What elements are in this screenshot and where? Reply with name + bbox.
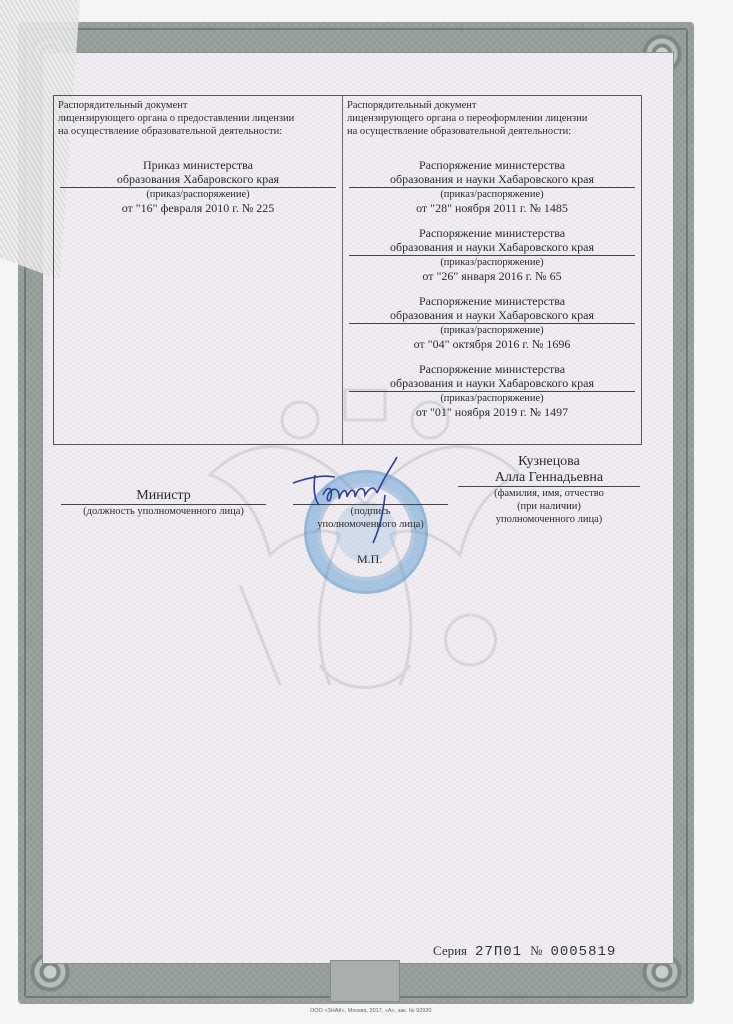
underline xyxy=(349,255,635,256)
issuer-line: образования Хабаровского края xyxy=(54,172,342,186)
order-entry: Приказ министерства образования Хабаровс… xyxy=(54,158,342,215)
bottom-plate-ornament xyxy=(330,960,400,1002)
orders-table: Распорядительный документ лицензирующего… xyxy=(53,95,642,445)
order-date: от "01" ноября 2019 г. № 1497 xyxy=(343,405,641,419)
issuer-line: образования и науки Хабаровского края xyxy=(343,376,641,390)
order-date: от "26" января 2016 г. № 65 xyxy=(343,269,641,283)
issuer-line: образования и науки Хабаровского края xyxy=(343,308,641,322)
order-date: от "16" февраля 2010 г. № 225 xyxy=(54,201,342,215)
issuer-line: Распоряжение министерства xyxy=(343,226,641,240)
order-date: от "04" октября 2016 г. № 1696 xyxy=(343,337,641,351)
heading-line: Распорядительный документ xyxy=(347,99,641,112)
issuance-column: Распорядительный документ лицензирующего… xyxy=(54,96,343,444)
order-entry: Распоряжение министерства образования и … xyxy=(343,158,641,215)
underline xyxy=(349,391,635,392)
handwritten-signature xyxy=(285,455,415,545)
issuer-line: Распоряжение министерства xyxy=(343,362,641,376)
position-caption: (должность уполномоченного лица) xyxy=(61,506,266,518)
underline xyxy=(349,323,635,324)
name-caption: (фамилия, имя, отчество xyxy=(458,488,640,500)
series-label: Серия xyxy=(433,943,467,959)
issuer-line: Распоряжение министерства xyxy=(343,158,641,172)
surname: Кузнецова xyxy=(458,454,640,470)
order-kind-caption: (приказ/распоряжение) xyxy=(343,257,641,269)
issuer-line: Распоряжение министерства xyxy=(343,294,641,308)
printer-imprint: ООО «ЗНАК», Москва, 2017, «А», зак. № 92… xyxy=(310,1008,431,1014)
order-kind-caption: (приказ/распоряжение) xyxy=(343,325,641,337)
order-entry: Распоряжение министерства образования и … xyxy=(343,226,641,283)
underline xyxy=(60,187,336,188)
name-caption: уполномоченного лица) xyxy=(458,514,640,526)
order-date: от "28" ноября 2011 г. № 1485 xyxy=(343,201,641,215)
position-value: Министр xyxy=(61,488,266,504)
order-entry: Распоряжение министерства образования и … xyxy=(343,294,641,351)
underline xyxy=(458,486,640,487)
given-names: Алла Геннадьевна xyxy=(458,470,640,486)
name-caption: (при наличии) xyxy=(458,501,640,513)
issuance-column-heading: Распорядительный документ лицензирующего… xyxy=(54,96,342,138)
number-sign: № xyxy=(530,943,542,959)
series-code: 27П01 xyxy=(475,944,522,960)
issuer-line: образования и науки Хабаровского края xyxy=(343,240,641,254)
reissuance-column: Распорядительный документ лицензирующего… xyxy=(343,96,641,444)
blank-number: 0005819 xyxy=(550,944,616,960)
order-kind-caption: (приказ/распоряжение) xyxy=(343,393,641,405)
issuer-line: Приказ министерства xyxy=(54,158,342,172)
issuer-line: образования и науки Хабаровского края xyxy=(343,172,641,186)
underline xyxy=(61,504,266,505)
name-block: Кузнецова Алла Геннадьевна (фамилия, имя… xyxy=(458,454,640,526)
reissuance-column-heading: Распорядительный документ лицензирующего… xyxy=(343,96,641,138)
order-entry: Распоряжение министерства образования и … xyxy=(343,362,641,419)
heading-line: на осуществление образовательной деятель… xyxy=(58,125,342,138)
seal-label: М.П. xyxy=(357,552,382,567)
heading-line: на осуществление образовательной деятель… xyxy=(347,125,641,138)
order-kind-caption: (приказ/распоряжение) xyxy=(343,189,641,201)
series-number: Серия 27П01 № 0005819 xyxy=(433,943,616,960)
heading-line: лицензирующего органа о переоформлении л… xyxy=(347,112,641,125)
heading-line: лицензирующего органа о предоставлении л… xyxy=(58,112,342,125)
order-kind-caption: (приказ/распоряжение) xyxy=(54,189,342,201)
heading-line: Распорядительный документ xyxy=(58,99,342,112)
underline xyxy=(349,187,635,188)
position-block: Министр (должность уполномоченного лица) xyxy=(61,488,266,518)
